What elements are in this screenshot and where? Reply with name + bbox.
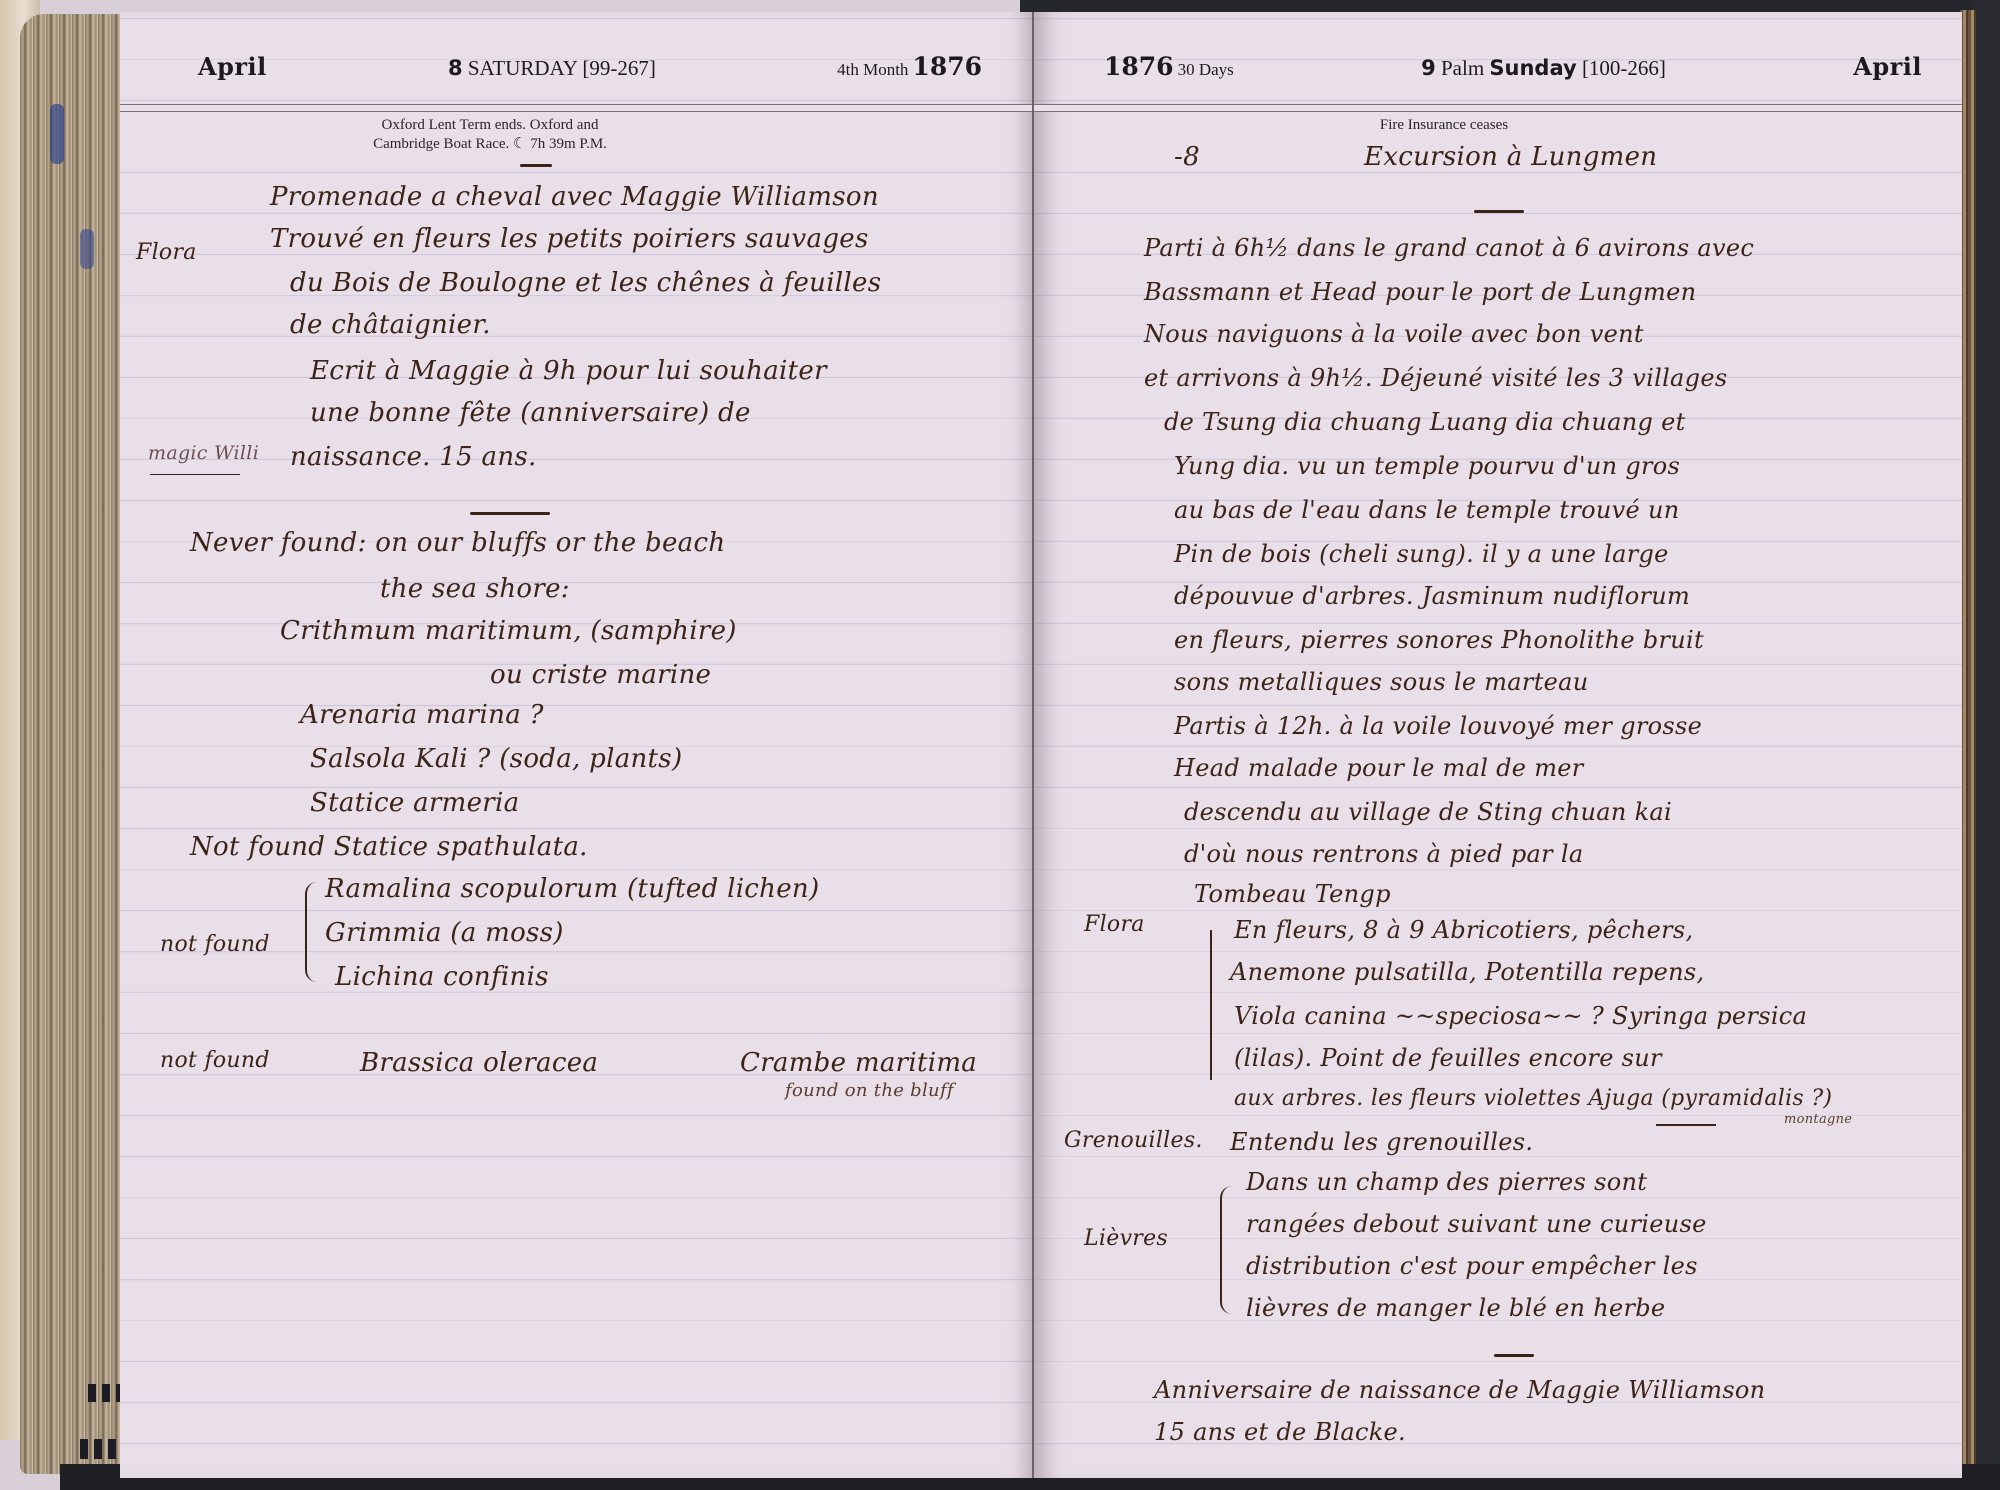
separator-dash xyxy=(1474,210,1524,213)
left-page-edges xyxy=(20,14,120,1474)
handwritten-line: Salsola Kali ? (soda, plants) xyxy=(310,744,682,774)
date-mark: -8 xyxy=(1174,142,1200,172)
handwritten-line: au bas de l'eau dans le temple trouvé un xyxy=(1174,496,1679,524)
separator-dash xyxy=(470,512,550,515)
handwritten-line: sons metalliques sous le marteau xyxy=(1174,668,1589,696)
separator-dash xyxy=(1494,1354,1534,1357)
year-label: 1876 xyxy=(1104,52,1174,81)
handwritten-line: de châtaignier. xyxy=(290,310,491,340)
handwritten-line: Brassica oleracea xyxy=(360,1048,598,1078)
underline xyxy=(150,474,240,475)
handwritten-line: Arenaria marina ? xyxy=(300,700,544,730)
margin-bracket-line xyxy=(1210,930,1212,1080)
handwritten-line: Partis à 12h. à la voile louvoyé mer gro… xyxy=(1174,712,1702,740)
handwritten-line: 15 ans et de Blacke. xyxy=(1154,1418,1406,1446)
handwritten-line: Statice armeria xyxy=(310,788,519,818)
handwritten-annotation: montagne xyxy=(1784,1112,1852,1127)
handwritten-line: lièvres de manger le blé en herbe xyxy=(1246,1294,1665,1322)
handwritten-line: Grimmia (a moss) xyxy=(325,918,564,948)
handwritten-line: Yung dia. vu un temple pourvu d'un gros xyxy=(1174,452,1680,480)
brace xyxy=(305,882,321,982)
handwritten-line: Lichina confinis xyxy=(335,962,549,992)
cover-right-edge xyxy=(1972,0,2000,1490)
handwritten-line: Bassmann et Head pour le port de Lungmen xyxy=(1144,278,1696,306)
almanac-note: Oxford Lent Term ends. Oxford and Cambri… xyxy=(330,116,650,154)
month-label: April xyxy=(198,52,267,81)
handwritten-line: dépouvue d'arbres. Jasminum nudiflorum xyxy=(1174,582,1690,610)
right-page-edges xyxy=(1960,10,1976,1470)
margin-note: not found xyxy=(160,932,270,957)
right-page: 1876 30 Days 9 Palm Sunday [100-266] Apr… xyxy=(1034,12,1962,1478)
day-number: 9 xyxy=(1421,56,1436,80)
handwritten-line: Crambe maritima xyxy=(740,1048,977,1078)
handwritten-line: Never found: on our bluffs or the beach xyxy=(190,528,725,558)
almanac-line: Oxford Lent Term ends. Oxford and xyxy=(330,116,650,135)
handwritten-line: distribution c'est pour empêcher les xyxy=(1246,1252,1698,1280)
day-count: [99-267] xyxy=(582,56,655,80)
handwritten-line: the sea shore: xyxy=(380,574,570,604)
margin-note: Flora xyxy=(1084,912,1145,937)
open-diary-book: April 8 SATURDAY [99-267] 4th Month 1876… xyxy=(0,0,2000,1490)
month-label: April xyxy=(1853,52,1922,81)
handwritten-line: et arrivons à 9h½. Déjeuné visité les 3 … xyxy=(1144,364,1727,392)
handwritten-line: Anemone pulsatilla, Potentilla repens, xyxy=(1230,958,1704,986)
year-label: 1876 xyxy=(912,52,982,81)
day-count: [100-266] xyxy=(1582,56,1666,80)
right-page-header: 1876 30 Days 9 Palm Sunday [100-266] Apr… xyxy=(1104,52,1922,102)
handwritten-line: En fleurs, 8 à 9 Abricotiers, pêchers, xyxy=(1234,916,1693,944)
handwritten-line: naissance. 15 ans. xyxy=(290,442,537,472)
handwritten-line: Viola canina ~~speciosa~~ ? Syringa pers… xyxy=(1234,1002,1807,1030)
handwritten-line: Dans un champ des pierres sont xyxy=(1246,1168,1647,1196)
handwritten-line: d'où nous rentrons à pied par la xyxy=(1184,840,1583,868)
left-page-header: April 8 SATURDAY [99-267] 4th Month 1876 xyxy=(198,52,982,102)
month-ordinal: 4th Month xyxy=(837,60,908,80)
handwritten-line: (lilas). Point de feuilles encore sur xyxy=(1234,1044,1662,1072)
brace xyxy=(1220,1186,1236,1314)
day-heading: 8 SATURDAY [99-267] xyxy=(448,56,656,81)
handwritten-line: Head malade pour le mal de mer xyxy=(1174,754,1584,782)
handwritten-line: Ecrit à Maggie à 9h pour lui souhaiter xyxy=(310,356,827,386)
underline xyxy=(1656,1124,1716,1126)
handwritten-line: Not found Statice spathulata. xyxy=(190,832,588,862)
handwritten-line: Tombeau Tengp xyxy=(1194,880,1391,908)
days-in-month: 30 Days xyxy=(1178,60,1234,80)
handwritten-line: Anniversaire de naissance de Maggie Will… xyxy=(1154,1376,1765,1404)
handwritten-line: Trouvé en fleurs les petits poiriers sau… xyxy=(270,224,869,254)
separator-dash xyxy=(520,164,552,167)
header-rule xyxy=(1034,104,1962,112)
handwritten-line: rangées debout suivant une curieuse xyxy=(1246,1210,1707,1238)
handwritten-line: en fleurs, pierres sonores Phonolithe br… xyxy=(1174,626,1704,654)
almanac-note: Fire Insurance ceases xyxy=(1314,116,1574,135)
handwritten-line: Ramalina scopulorum (tufted lichen) xyxy=(325,874,819,904)
day-prefix: Palm xyxy=(1441,56,1484,80)
handwritten-line: Crithmum maritimum, (samphire) xyxy=(280,616,737,646)
entry-title: Excursion à Lungmen xyxy=(1364,142,1657,172)
margin-note: not found xyxy=(160,1048,270,1073)
handwritten-line: Entendu les grenouilles. xyxy=(1230,1128,1533,1156)
day-name: SATURDAY xyxy=(468,56,577,80)
day-number: 8 xyxy=(448,56,463,80)
handwritten-line: de Tsung dia chuang Luang dia chuang et xyxy=(1164,408,1686,436)
margin-note: Lièvres xyxy=(1084,1226,1168,1251)
handwritten-line: du Bois de Boulogne et les chênes à feui… xyxy=(290,268,881,298)
handwritten-line: descendu au village de Sting chuan kai xyxy=(1184,798,1672,826)
ink-mark xyxy=(80,229,94,269)
handwritten-line: aux arbres. les fleurs violettes Ajuga (… xyxy=(1234,1086,1832,1111)
day-heading: 9 Palm Sunday [100-266] xyxy=(1421,56,1666,81)
left-page: April 8 SATURDAY [99-267] 4th Month 1876… xyxy=(120,12,1032,1478)
handwritten-line: found on the bluff xyxy=(785,1080,954,1101)
day-name: Sunday xyxy=(1489,56,1576,80)
ink-mark xyxy=(50,104,64,164)
margin-note: Grenouilles. xyxy=(1064,1128,1203,1153)
handwritten-line: Parti à 6h½ dans le grand canot à 6 avir… xyxy=(1144,234,1754,262)
handwritten-line: Nous naviguons à la voile avec bon vent xyxy=(1144,320,1644,348)
header-rule xyxy=(120,104,1032,112)
handwritten-line: Pin de bois (cheli sung). il y a une lar… xyxy=(1174,540,1669,568)
handwritten-line: ou criste marine xyxy=(490,660,711,690)
margin-note: magic Willi xyxy=(148,442,259,464)
handwritten-line: une bonne fête (anniversaire) de xyxy=(310,398,751,428)
handwritten-line: Promenade a cheval avec Maggie Williamso… xyxy=(270,182,879,212)
almanac-line: Cambridge Boat Race. ☾ 7h 39m P.M. xyxy=(330,135,650,154)
margin-note: Flora xyxy=(136,240,197,265)
